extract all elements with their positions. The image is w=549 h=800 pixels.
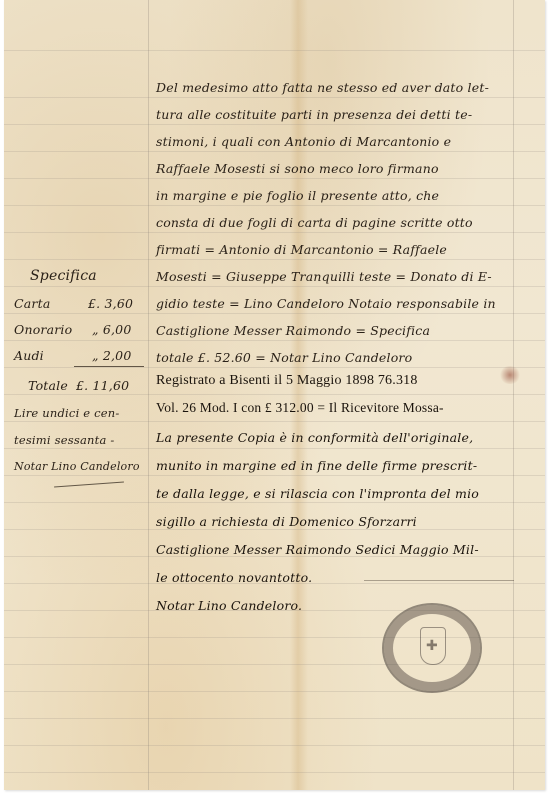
ruled-line: [4, 367, 545, 368]
ruled-line: [4, 286, 545, 287]
ruled-line: [4, 718, 545, 719]
registration-line: Registrato a Bisenti il 5 Maggio 1898 76…: [156, 373, 418, 389]
specifica-total-amount: £. 11,60: [76, 378, 129, 393]
ruled-line: [4, 340, 545, 341]
text-line: Castiglione Messer Raimondo = Specifica: [156, 323, 430, 338]
sum-underline: [74, 366, 144, 367]
text-line: munito in margine ed in fine delle firme…: [156, 458, 477, 473]
text-line: totale £. 52.60 = Notar Lino Candeloro: [156, 350, 412, 365]
text-line: stimoni, i quali con Antonio di Marcanto…: [156, 134, 451, 149]
text-line: firmati = Antonio di Marcantonio = Raffa…: [156, 242, 447, 257]
ruled-line: [4, 178, 545, 179]
ruled-line: [4, 124, 545, 125]
ruled-line: [4, 475, 545, 476]
registration-line: Vol. 26 Mod. I con £ 312.00 = Il Ricevit…: [156, 400, 444, 416]
ruled-line: [4, 50, 545, 51]
ruled-line: [4, 772, 545, 773]
text-line: Del medesimo atto fatta ne stesso ed ave…: [156, 80, 489, 95]
ruled-line: [4, 97, 545, 98]
specifica-item-label: Audi: [14, 348, 44, 363]
text-line: consta di due fogli di carta di pagine s…: [156, 215, 473, 230]
right-margin-rule: [513, 0, 514, 790]
text-line: tura alle costituite parti in presenza d…: [156, 107, 472, 122]
text-line: Mosesti = Giuseppe Tranquilli teste = Do…: [156, 269, 492, 284]
text-line: le ottocento novantotto.: [156, 570, 312, 585]
ruled-line: [4, 205, 545, 206]
ruled-line: [4, 529, 545, 530]
ruled-line: [4, 691, 545, 692]
specifica-words: tesimi sessanta -: [14, 433, 114, 447]
ruled-line: [4, 151, 545, 152]
specifica-signature: Notar Lino Candeloro: [14, 460, 140, 473]
ruled-line: [4, 448, 545, 449]
specifica-item-amount: „ 6,00: [92, 322, 131, 337]
ink-stain: [499, 366, 521, 384]
signature-flourish: [54, 482, 124, 488]
text-line: in margine e pie foglio il presente atto…: [156, 188, 439, 203]
ruled-line: [4, 232, 545, 233]
ruled-line: [4, 259, 545, 260]
text-line: gidio teste = Lino Candeloro Notaio resp…: [156, 296, 496, 311]
notary-seal: ✚: [382, 603, 482, 693]
document-page: Del medesimo atto fatta ne stesso ed ave…: [4, 0, 545, 790]
specifica-item-label: Carta: [14, 296, 50, 311]
text-line: La presente Copia è in conformità dell'o…: [156, 430, 473, 445]
specifica-item-amount: „ 2,00: [92, 348, 131, 363]
specifica-item-amount: £. 3,60: [88, 296, 133, 311]
specifica-item-label: Onorario: [14, 322, 72, 337]
specifica-total-label: Totale: [28, 378, 68, 393]
text-line: te dalla legge, e si rilascia con l'impr…: [156, 486, 479, 501]
ruled-line: [4, 313, 545, 314]
ruled-line: [4, 745, 545, 746]
text-line: Raffaele Mosesti si sono meco loro firma…: [156, 161, 439, 176]
ruled-line: [4, 421, 545, 422]
ruled-line: [4, 502, 545, 503]
left-margin-rule: [148, 0, 149, 790]
notary-signature: Notar Lino Candeloro.: [156, 598, 302, 613]
text-line: Castiglione Messer Raimondo Sedici Maggi…: [156, 542, 479, 557]
specifica-title: Specifica: [30, 268, 97, 284]
text-line: sigillo a richiesta di Domenico Sforzarr…: [156, 514, 417, 529]
ruled-line: [4, 394, 545, 395]
seal-cross-icon: ✚: [426, 638, 438, 654]
specifica-words: Lire undici e cen-: [14, 406, 120, 420]
line-filler: [364, 580, 514, 581]
